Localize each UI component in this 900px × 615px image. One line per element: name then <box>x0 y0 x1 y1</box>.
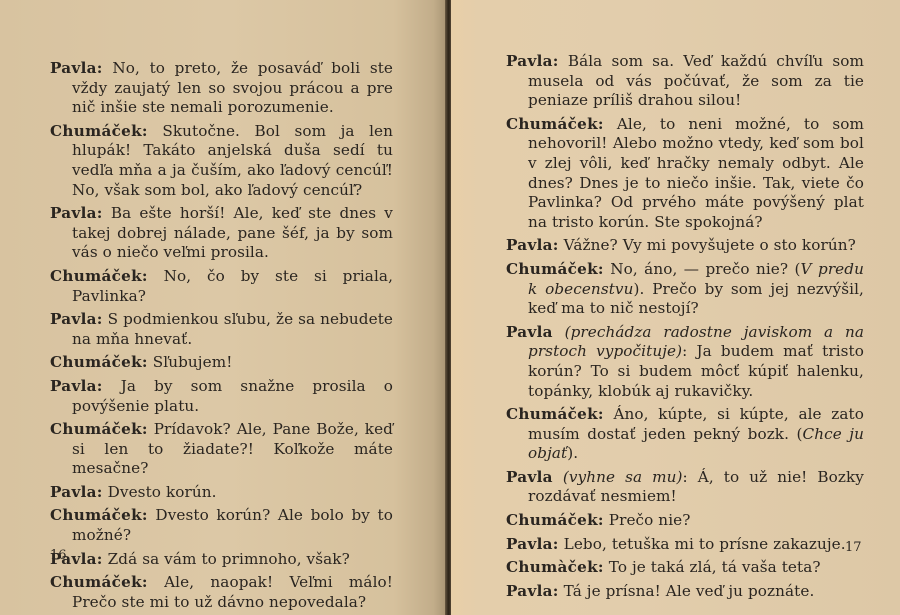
speaker-name: Chumáček: <box>506 115 604 133</box>
left-page: Pavla: No, to preto, že posaváď boli ste… <box>0 0 447 615</box>
speaker-name: Pavla: <box>50 59 103 77</box>
dialogue-line: Pavla: Ba ešte horší! Ale, keď ste dnes … <box>50 204 393 263</box>
dialogue-text: Zdá sa vám to primnoho, však? <box>108 550 350 568</box>
dialogue-text: S podmienkou sľubu, že sa nebudete na mň… <box>72 310 393 348</box>
page-number: 16 <box>50 548 67 563</box>
dialogue-line: Pavla: Bála som sa. Veď každú chvíľu som… <box>506 52 864 111</box>
speaker-name: Pavla: <box>506 535 559 553</box>
speaker-name: Chumáček: <box>50 267 148 285</box>
dialogue-text: Tá je prísna! Ale veď ju poznáte. <box>564 582 815 600</box>
dialogue-line: Pavla: Zdá sa vám to primnoho, však? <box>50 550 393 570</box>
stage-direction: (vyhne sa mu) <box>563 468 683 486</box>
speaker-name: Chumáček: <box>506 260 604 278</box>
dialogue-line: Pavla (vyhne sa mu): Á, to už nie! Bozky… <box>506 468 864 507</box>
dialogue-line: Chumáček: Ale, to neni možné, to som neh… <box>506 115 864 233</box>
speaker-name: Pavla <box>506 468 553 486</box>
dialogue-line: Pavla: Vážne? Vy mi povyšujete o sto kor… <box>506 236 864 256</box>
dialogue-line: Chumáček: Skutočne. Bol som ja len hlupá… <box>50 122 393 200</box>
dialogue-text: ). <box>567 444 578 462</box>
dialogue-text: Dvesto korún. <box>108 483 217 501</box>
speaker-name: Chumáček: <box>506 405 604 423</box>
page-number: 17 <box>845 540 862 555</box>
dialogue-text: Ja by som snažne prosila o povýšenie pla… <box>72 377 393 415</box>
speaker-name: Pavla: <box>506 52 559 70</box>
dialogue-line: Pavla: No, to preto, že posaváď boli ste… <box>50 59 393 118</box>
dialogue-text: Lebo, tetuška mi to prísne zakazuje. <box>564 535 846 553</box>
dialogue-text: Sľubujem! <box>153 353 233 371</box>
dialogue-line: Chumàček: To je taká zlá, tá vaša teta? <box>506 558 864 578</box>
dialogue-text: Vážne? Vy mi povyšujete o sto korún? <box>564 236 856 254</box>
dialogue-line: Pavla (prechádza radostne javiskom a na … <box>506 323 864 401</box>
dialogue-line: Chumáček: Ale, naopak! Veľmi málo! Prečo… <box>50 573 393 612</box>
dialogue-line: Pavla: Dvesto korún. <box>50 483 393 503</box>
dialogue-line: Pavla: Tá je prísna! Ale veď ju poznáte. <box>506 582 864 602</box>
dialogue-line: Chumáček: Prídavok? Ale, Pane Bože, keď … <box>50 420 393 479</box>
dialogue-line: Pavla: Lebo, tetuška mi to prísne zakazu… <box>506 535 864 555</box>
dialogue-line: Chumáček: Dvesto korún? Ale bolo by to m… <box>50 506 393 545</box>
right-page: Pavla: Bála som sa. Veď každú chvíľu som… <box>451 0 900 615</box>
speaker-name: Chumáček: <box>50 353 148 371</box>
speaker-name: Pavla: <box>50 483 103 501</box>
dialogue-text: Ba ešte horší! Ale, keď ste dnes v takej… <box>72 204 393 261</box>
dialogue-text: Bála som sa. Veď každú chvíľu som musela… <box>528 52 864 109</box>
speaker-name: Chumáček: <box>50 506 148 524</box>
speaker-name: Chumáček: <box>50 573 148 591</box>
speaker-name: Chumáček: <box>50 420 148 438</box>
speaker-name: Chumáček: <box>50 122 148 140</box>
speaker-name: Pavla: <box>50 377 103 395</box>
speaker-name: Pavla <box>506 323 553 341</box>
dialogue-line: Pavla: Ja by som snažne prosila o povýše… <box>50 377 393 416</box>
speaker-name: Pavla: <box>506 236 559 254</box>
speaker-name: Chumàček: <box>506 558 604 576</box>
speaker-name: Chumáček: <box>506 511 604 529</box>
dialogue-text: Prečo nie? <box>609 511 691 529</box>
left-page-dialogue: Pavla: No, to preto, že posaváď boli ste… <box>50 59 393 615</box>
dialogue-line: Chumáček: No, čo by ste si priala, Pavli… <box>50 267 393 306</box>
speaker-name: Pavla: <box>50 310 103 328</box>
dialogue-line: Pavla: S podmienkou sľubu, že sa nebudet… <box>50 310 393 349</box>
speaker-name: Pavla: <box>506 582 559 600</box>
dialogue-line: Chumáček: Áno, kúpte, si kúpte, ale zato… <box>506 405 864 464</box>
right-page-dialogue: Pavla: Bála som sa. Veď každú chvíľu som… <box>506 52 864 605</box>
dialogue-line: Chumáček: Prečo nie? <box>506 511 864 531</box>
speaker-name: Pavla: <box>50 204 103 222</box>
dialogue-text: To je taká zlá, tá vaša teta? <box>609 558 821 576</box>
dialogue-line: Chumáček: Sľubujem! <box>50 353 393 373</box>
dialogue-text-before: No, áno, — prečo nie? ( <box>610 260 800 278</box>
dialogue-line: Chumáček: No, áno, — prečo nie? (V predu… <box>506 260 864 319</box>
dialogue-text: No, to preto, že posaváď boli ste vždy z… <box>72 59 393 116</box>
